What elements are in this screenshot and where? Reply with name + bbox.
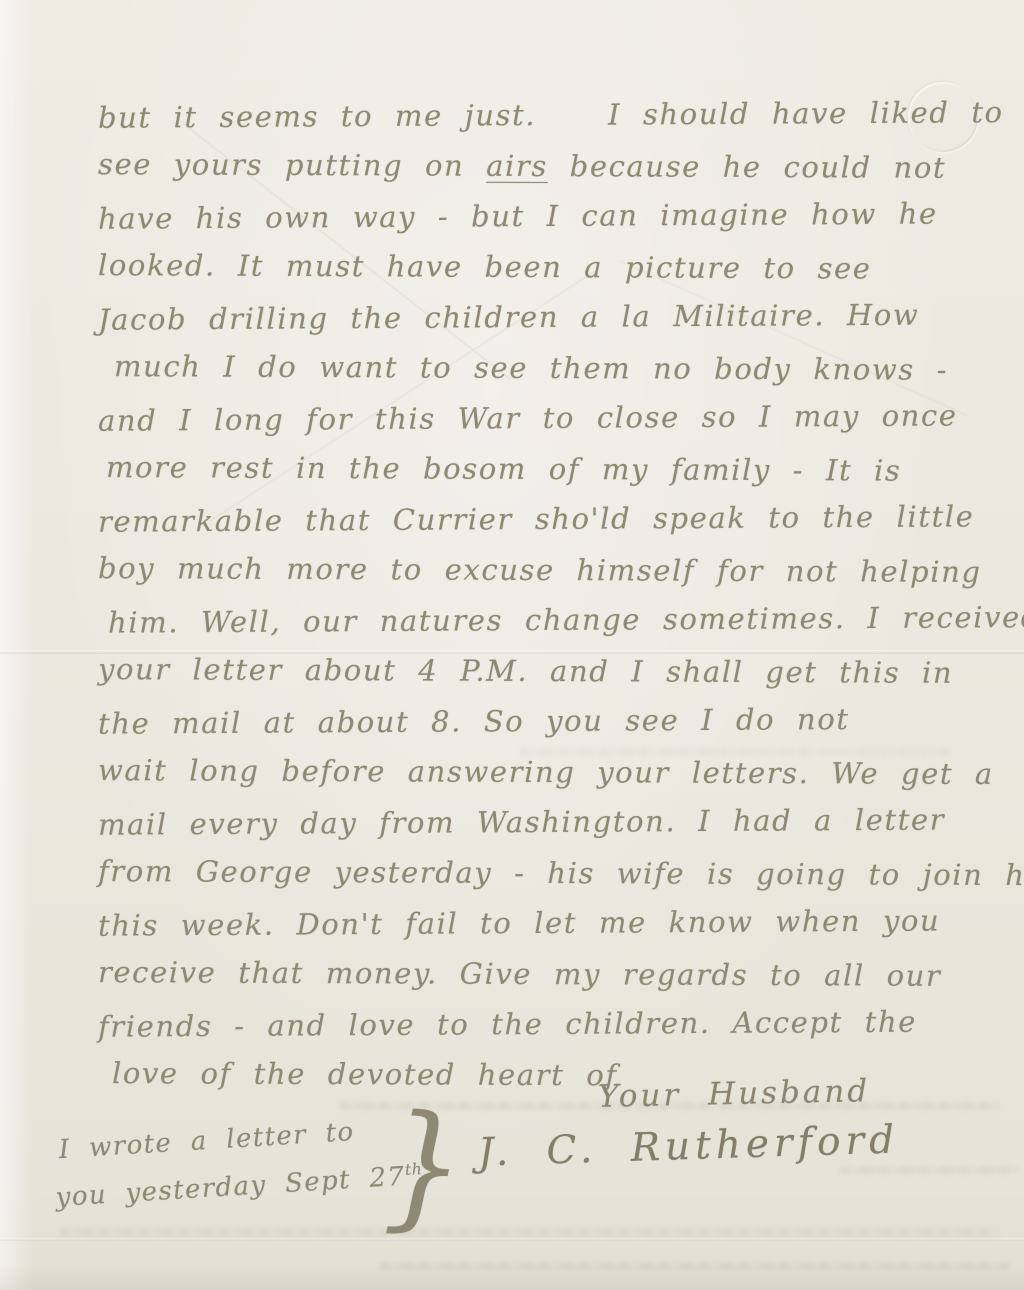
letter-page: but it seems to me just.I should have li… [0, 0, 1024, 1290]
letter-text-segment: this week. Don't fail to let me know whe… [98, 904, 940, 943]
postscript-line-1: I wrote a letter to [58, 1113, 421, 1165]
ink-bleed-through [840, 1166, 1020, 1174]
postscript-line-2: you yesterday Sept 27th [55, 1160, 424, 1213]
postscript-line-2-text: you yesterday Sept 27 [55, 1162, 406, 1213]
letter-text-segment: boy much more to excuse himself for not … [98, 551, 982, 589]
letter-text-segment: remarkable that Currier sho'ld speak to … [98, 499, 975, 538]
signature: J. C. Rutherford [477, 1117, 899, 1175]
letter-text-segment: from George yesterday - his wife is goin… [98, 854, 1024, 892]
letter-text-segment: but it seems to me just. [98, 98, 536, 135]
letter-text-segment: much I do want to see them no body knows… [114, 349, 948, 387]
closing-line: Your Husband [598, 1073, 871, 1115]
letter-text-segment: I should have liked to [608, 95, 1004, 131]
letter-line: but it seems to me just.I should have li… [98, 87, 978, 143]
letter-text-segment: Jacob drilling the children a la Militai… [98, 298, 920, 337]
letter-text-segment: him. Well, our natures change sometimes.… [108, 600, 1024, 640]
letter-line: boy much more to excuse himself for not … [98, 543, 978, 597]
letter-text-segment: friends - and love to the children. Acce… [98, 1005, 917, 1044]
postscript-superscript: th [404, 1160, 422, 1179]
paper-fold-crease [0, 1238, 1024, 1241]
letter-text-segment: wait long before answering your letters.… [98, 753, 994, 791]
ink-bleed-through [380, 1262, 1010, 1270]
letter-text-segment: have his own way - but I can imagine how… [98, 197, 938, 236]
letter-line: remarkable that Currier sho'ld speak to … [98, 491, 978, 547]
letter-text-segment: receive that money. Give my regards to a… [98, 955, 942, 993]
letter-line: the mail at about 8. So you see I do not [98, 693, 978, 749]
paper-edge-highlight [0, 0, 34, 1290]
letter-line: mail every day from Washington. I had a … [98, 794, 978, 850]
ink-bleed-through [60, 1228, 1000, 1236]
letter-line: friends - and love to the children. Acce… [98, 996, 978, 1052]
letter-text-segment: airs [486, 148, 548, 182]
letter-body: but it seems to me just.I should have li… [98, 90, 978, 1100]
letter-line: Jacob drilling the children a la Militai… [98, 289, 978, 345]
letter-line: him. Well, our natures change sometimes.… [108, 592, 978, 648]
letter-line: more rest in the bosom of my family - It… [106, 442, 978, 496]
letter-line: looked. It must have been a picture to s… [98, 240, 978, 294]
letter-line: from George yesterday - his wife is goin… [98, 846, 978, 900]
letter-text-segment: mail every day from Washington. I had a … [98, 803, 945, 842]
letter-text-segment: more rest in the bosom of my family - It… [106, 450, 902, 487]
letter-text-segment: the mail at about 8. So you see I do not [98, 702, 850, 741]
letter-text-segment: love of the devoted heart of [112, 1056, 618, 1092]
letter-text-segment: and I long for this War to close so I ma… [98, 398, 958, 437]
letter-text-segment: see yours putting on [98, 147, 486, 183]
letter-line: have his own way - but I can imagine how… [98, 188, 978, 244]
letter-line: receive that money. Give my regards to a… [98, 947, 978, 1001]
paper-edge-shadow [0, 1264, 1024, 1290]
letter-line: this week. Don't fail to let me know whe… [98, 895, 978, 951]
postscript: I wrote a letter to you yesterday Sept 2… [58, 1113, 424, 1213]
letter-line: much I do want to see them no body knows… [114, 341, 978, 395]
letter-line: wait long before answering your letters.… [98, 745, 978, 799]
letter-text-segment: your letter about 4 P.M. and I shall get… [98, 652, 953, 690]
letter-line: your letter about 4 P.M. and I shall get… [98, 644, 978, 698]
letter-text-segment: because he could not [548, 149, 946, 185]
letter-text-segment: looked. It must have been a picture to s… [98, 248, 872, 285]
letter-line: see yours putting on airs because he cou… [98, 139, 978, 193]
letter-line: and I long for this War to close so I ma… [98, 390, 978, 446]
